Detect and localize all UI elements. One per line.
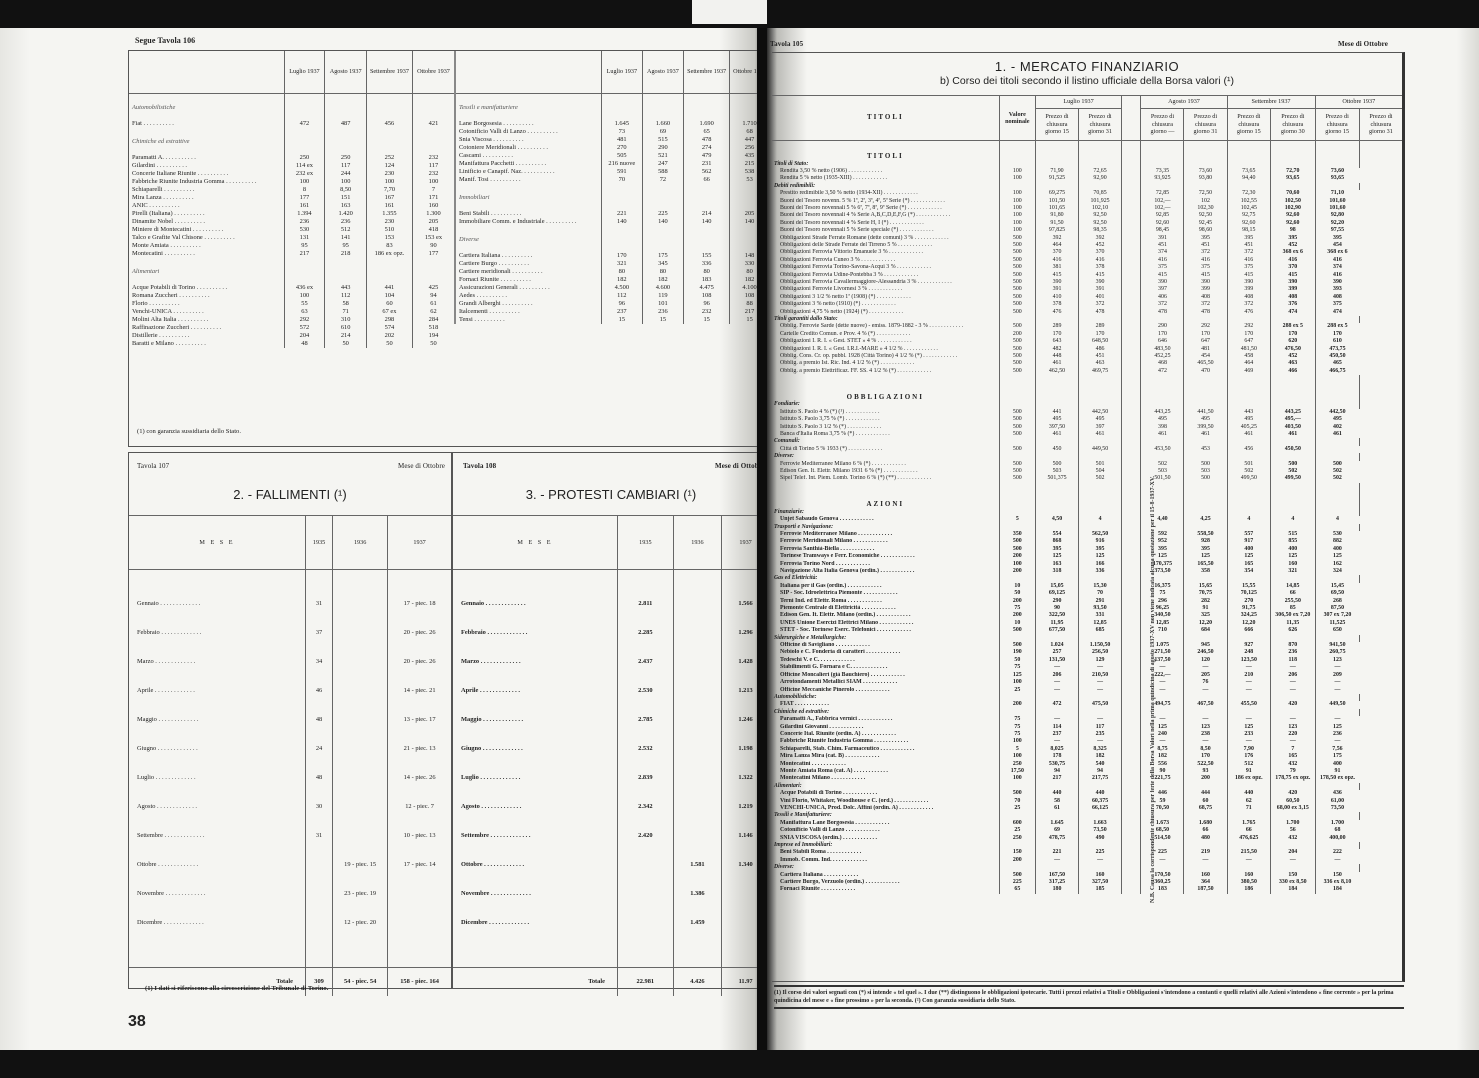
value-cell: 80 <box>601 268 642 276</box>
value-cell <box>333 677 388 706</box>
row-label: Manif. Tosi . . . . . . . . . . <box>455 176 601 184</box>
empty-cell <box>1271 375 1315 401</box>
table-row: Raffinazione Zuccheri . . . . . . . . . … <box>129 324 454 332</box>
totals-row: Totale22.9814.42611.97 <box>453 968 769 996</box>
value-cell: 244 <box>325 170 367 178</box>
value-cell: 4.475 <box>684 284 730 292</box>
price-cell: 375 <box>1184 264 1227 271</box>
nominal-value: 50 <box>999 590 1035 597</box>
price-cell: 288 ex 5 <box>1315 323 1359 330</box>
empty-cell <box>999 375 1035 401</box>
price-cell: 160 <box>1271 561 1315 568</box>
note-column <box>1122 731 1141 738</box>
price-cell: 450 <box>1036 446 1079 453</box>
price-cell: 530 <box>1315 531 1359 538</box>
table-row: Aprile . . . . . . . . . . . . .2.5301.2… <box>453 677 769 706</box>
empty-cell <box>1122 783 1141 790</box>
table-row: Maggio . . . . . . . . . . . . .2.7851.2… <box>453 706 769 735</box>
price-cell: 461 <box>1079 431 1122 438</box>
price-cell: 461 <box>1141 431 1184 438</box>
empty-cell <box>1036 316 1079 323</box>
empty-cell <box>1271 694 1315 701</box>
empty-cell <box>1141 524 1184 531</box>
price-cell: 170,50 <box>1141 872 1184 879</box>
value-cell: 34 <box>306 648 333 677</box>
price-cell: — <box>1184 738 1227 745</box>
row-label: Edison Gen. It. Elettr. Milano (ordin.) … <box>772 612 999 619</box>
table-row: Ferrovia Santhià-Biella . . . . . . . . … <box>772 546 1402 553</box>
empty-cell <box>684 226 730 252</box>
note-column <box>1122 672 1141 679</box>
price-cell: 73,60 <box>1315 168 1359 175</box>
value-cell: 167 <box>366 194 412 202</box>
price-cell: — <box>1271 716 1315 723</box>
group-label: Fondiarie: <box>772 401 999 408</box>
month-label: Giugno . . . . . . . . . . . . . <box>453 735 618 764</box>
month-label: Ottobre . . . . . . . . . . . . . <box>129 851 306 880</box>
price-cell: 92,85 <box>1141 212 1184 219</box>
price-cell: 15,05 <box>1036 583 1079 590</box>
note-column <box>1122 198 1141 205</box>
group-label: Gas ed Elettricità: <box>772 575 999 582</box>
value-cell: 119 <box>642 292 683 300</box>
row-label: Cartiere Burgo, Verzuolo (ordin.) . . . … <box>772 879 999 886</box>
value-cell: 104 <box>366 292 412 300</box>
price-cell: 455,50 <box>1227 701 1271 708</box>
price-cell: 186 ex opz. <box>1227 775 1271 782</box>
row-label: Cascami . . . . . . . . . . <box>455 152 601 160</box>
price-cell: 15,65 <box>1184 583 1227 590</box>
empty-cell <box>1271 483 1315 509</box>
empty-cell <box>1359 438 1402 445</box>
price-cell: 405,25 <box>1227 424 1271 431</box>
value-cell: 2.532 <box>618 735 674 764</box>
note-column <box>1122 590 1141 597</box>
price-cell: 478 <box>1141 309 1184 316</box>
price-cell: 257 <box>1036 649 1079 656</box>
table-row: Paramatti A. . . . . . . . . . .25025025… <box>129 154 454 162</box>
col-header-1936: 1936 <box>333 516 388 570</box>
price-cell: — <box>1141 687 1184 694</box>
price-cell: 562,50 <box>1079 531 1122 538</box>
value-cell <box>618 851 674 880</box>
empty-cell <box>1122 401 1141 408</box>
table-row: Obbligazioni Ferrovia Vittorio Emanuele … <box>772 249 1402 256</box>
group-label: Alimentari: <box>772 783 999 790</box>
price-cell: — <box>1141 679 1184 686</box>
group-row: Chimiche ed estrattive: <box>772 709 1402 716</box>
row-label: Fornaci Riunite . . . . . . . . . . <box>455 276 601 284</box>
empty-cell <box>673 570 721 590</box>
row-label: Italiana per il Gas (ordin.) . . . . . .… <box>772 583 999 590</box>
empty-cell <box>325 93 367 120</box>
price-cell: 486 <box>1079 346 1122 353</box>
price-cell: 503 <box>1141 468 1184 475</box>
month-label: Dicembre . . . . . . . . . . . . . <box>453 909 618 938</box>
empty-cell <box>1184 694 1227 701</box>
price-cell: 60 <box>1184 798 1227 805</box>
row-label: Fabbriche Riunite Industria Gomma . . . … <box>129 178 284 186</box>
price-cell: 450,50 <box>1271 446 1315 453</box>
price-cell: 93,80 <box>1184 175 1227 182</box>
empty-cell <box>1271 575 1315 582</box>
empty-cell <box>1079 401 1122 408</box>
price-cell: 442,50 <box>1315 409 1359 416</box>
table-row: Ferrovia Torino Nord . . . . . . . . . .… <box>772 561 1402 568</box>
empty-cell <box>1359 524 1402 531</box>
nominal-value: 500 <box>999 353 1035 360</box>
empty-cell <box>673 938 721 968</box>
price-cell: 466 <box>1271 368 1315 375</box>
note-column <box>1122 561 1141 568</box>
price-cell: 476,50 <box>1271 346 1315 353</box>
row-label: Sipel Telef. Int. Piem. Lomb. Torino 6 %… <box>772 475 999 482</box>
empty-cell <box>306 938 333 968</box>
price-cell: 186 <box>1227 886 1271 893</box>
price-cell: 7 <box>1271 746 1315 753</box>
price-cell: — <box>1271 687 1315 694</box>
table-row: Agosto . . . . . . . . . . . . .2.3421.2… <box>453 793 769 822</box>
table-105-subtitle: b) Corso dei titoli secondo il listino u… <box>772 75 1402 87</box>
row-label: Istituto S. Paolo 3 1/2 % (*) . . . . . … <box>772 424 999 431</box>
price-cell: 481,50 <box>1227 346 1271 353</box>
empty-cell <box>999 524 1035 531</box>
price-cell: 416 <box>1079 257 1122 264</box>
nominal-value: 25 <box>999 827 1035 834</box>
price-cell: 395 <box>1227 235 1271 242</box>
price-cell: 403,50 <box>1271 424 1315 431</box>
empty-cell <box>999 141 1035 161</box>
price-cell: 102 <box>1184 198 1227 205</box>
empty-cell <box>1184 183 1227 190</box>
price-cell: 200 <box>1184 775 1227 782</box>
empty-cell <box>1079 864 1122 871</box>
table-row: ANIC . . . . . . . . . .161163161160 <box>129 202 454 210</box>
price-cell: 16,375 <box>1141 583 1184 590</box>
price-cell: — <box>1184 857 1227 864</box>
nominal-value: 500 <box>999 468 1035 475</box>
empty-cell <box>999 401 1035 408</box>
row-label: Schiaparelli, Stab. Chim. Farmaceutico .… <box>772 746 999 753</box>
empty-cell <box>1359 509 1402 516</box>
row-label: Aedes . . . . . . . . . . <box>455 292 601 300</box>
row-label: Assicurazioni Generali . . . . . . . . .… <box>455 284 601 292</box>
price-cell: 306,50 ex 7,20 <box>1271 612 1315 619</box>
price-cell: 182 <box>1141 753 1184 760</box>
price-cell: 454 <box>1315 242 1359 249</box>
value-cell: 15 <box>601 316 642 324</box>
value-cell: 112 <box>325 292 367 300</box>
nominal-value: 500 <box>999 431 1035 438</box>
table-row: Manifattura Lane Borgosesia . . . . . . … <box>772 820 1402 827</box>
price-cell: 93,65 <box>1271 175 1315 182</box>
value-cell: 1.645 <box>601 120 642 128</box>
note-column <box>1122 168 1141 175</box>
empty-cell <box>642 93 683 120</box>
col-subheader: Prezzo di chiusura giorno 31 <box>1079 109 1122 141</box>
nominal-value: 200 <box>999 553 1035 560</box>
note-column <box>1122 701 1141 708</box>
empty-cell <box>1122 375 1141 401</box>
table-row: Beni Stabili . . . . . . . . . .22122521… <box>455 210 769 218</box>
section-label: Diverse <box>455 226 601 252</box>
col-header-1937: 1937 <box>388 516 451 570</box>
spacer-row <box>129 938 451 968</box>
empty-cell <box>1315 483 1359 509</box>
price-cell: 1.645 <box>1036 820 1079 827</box>
value-cell: 2.811 <box>618 590 674 619</box>
col-header: Agosto 1937 <box>325 51 367 93</box>
table-row: UNES Unione Esercizi Elettrici Milano . … <box>772 620 1402 627</box>
table-108-frame: Tavola 108 Mese di Ottobre 3. - PROTESTI… <box>452 452 769 989</box>
empty-cell <box>601 184 642 210</box>
value-cell: 478 <box>684 136 730 144</box>
price-cell: 941,50 <box>1315 642 1359 649</box>
value-cell: 83 <box>366 242 412 250</box>
row-label: Istituto S. Paolo 3,75 % (*) . . . . . .… <box>772 416 999 423</box>
value-cell: 4.600 <box>642 284 683 292</box>
table-row: Edison Gen. It. Elettr. Milano 1931 6 % … <box>772 468 1402 475</box>
price-cell: 167,50 <box>1036 872 1079 879</box>
note-column <box>1122 805 1141 812</box>
price-cell: 466,75 <box>1315 368 1359 375</box>
price-cell: 255,50 <box>1271 598 1315 605</box>
empty-cell <box>1079 842 1122 849</box>
table-row: Giugno . . . . . . . . . . . . .2421 - p… <box>129 735 451 764</box>
price-cell: 397 <box>1079 424 1122 431</box>
price-cell: 70,85 <box>1079 190 1122 197</box>
price-cell: — <box>1227 738 1271 745</box>
empty-cell <box>1122 483 1141 509</box>
price-cell: 451 <box>1227 242 1271 249</box>
value-cell: 230 <box>366 218 412 226</box>
value-cell: 50 <box>366 340 412 348</box>
empty-cell <box>325 128 367 154</box>
row-label: Buoni del Tesoro novenn. 5 % 1ª, 2ª, 3ª,… <box>772 198 999 205</box>
price-cell: 102,90 <box>1271 205 1315 212</box>
value-cell: 2.530 <box>618 677 674 706</box>
price-cell: 93 <box>1184 768 1227 775</box>
empty-cell <box>1271 783 1315 790</box>
empty-cell <box>999 161 1035 168</box>
col-header: Luglio 1937 <box>601 51 642 93</box>
table-row: Terni Ind. ed Elettr. Roma . . . . . . .… <box>772 598 1402 605</box>
price-cell: 318 <box>1036 568 1079 575</box>
value-cell: 7,70 <box>366 186 412 194</box>
price-cell: 395 <box>1315 235 1359 242</box>
price-cell: 125 <box>1315 553 1359 560</box>
value-cell: 2.342 <box>618 793 674 822</box>
price-cell: 187,50 <box>1184 886 1227 893</box>
group-row: Diverse: <box>772 864 1402 871</box>
col-header-month: Luglio 1937 <box>1036 96 1122 109</box>
empty-cell <box>1359 483 1402 509</box>
section-label: Alimentari <box>129 258 284 284</box>
note-column <box>1122 724 1141 731</box>
price-cell: 415 <box>1271 272 1315 279</box>
nominal-value: 500 <box>999 294 1035 301</box>
note-column <box>1122 331 1141 338</box>
price-cell: 292 <box>1227 323 1271 330</box>
value-cell: 46 <box>306 677 333 706</box>
table-107-frame: Tavola 107 Mese di Ottobre 2. - FALLIMEN… <box>128 452 452 989</box>
value-cell <box>306 880 333 909</box>
empty-cell <box>412 128 454 154</box>
price-cell: 456 <box>1227 446 1271 453</box>
table-row: Obbligazioni Ferrovia Cavallermaggiore-A… <box>772 279 1402 286</box>
price-cell: 170 <box>1184 331 1227 338</box>
price-cell: 372 <box>1141 301 1184 308</box>
table-row: Ferrovie Mediterranee Milano 6 % (*) . .… <box>772 461 1402 468</box>
row-label: Manifattura Pacchetti . . . . . . . . . … <box>455 160 601 168</box>
price-cell: 501 <box>1227 461 1271 468</box>
price-cell: 91,50 <box>1036 220 1079 227</box>
table-row: Obbligazioni 4,75 % netto (1924) (*) . .… <box>772 309 1402 316</box>
price-cell: 1.024 <box>1036 642 1079 649</box>
row-label: Acque Potabili di Torino . . . . . . . .… <box>772 790 999 797</box>
row-label: Obbligazioni Ferrovia Torino-Savona-Acqu… <box>772 264 999 271</box>
empty-cell <box>1036 635 1079 642</box>
value-cell <box>673 648 721 677</box>
empty-cell <box>618 938 674 968</box>
price-cell: 444 <box>1184 790 1227 797</box>
value-cell: 505 <box>601 152 642 160</box>
row-label: Buoni del Tesoro novennali 5 % 6ª, 7ª, 8… <box>772 205 999 212</box>
price-cell: 443,25 <box>1141 409 1184 416</box>
month-label: Giugno . . . . . . . . . . . . . <box>129 735 306 764</box>
price-cell: 150 <box>1271 872 1315 879</box>
value-cell: 50 <box>325 340 367 348</box>
price-cell: 432 <box>1271 761 1315 768</box>
value-cell: 114 ex <box>284 162 325 170</box>
nominal-value: 100 <box>999 198 1035 205</box>
value-cell: 1.660 <box>642 120 683 128</box>
scan-border-bottom <box>0 1050 1479 1078</box>
empty-cell <box>999 783 1035 790</box>
price-cell: 165 <box>1227 561 1271 568</box>
price-cell: 441,50 <box>1184 409 1227 416</box>
group-row: Comunali: <box>772 438 1402 445</box>
empty-cell <box>366 258 412 284</box>
month-label: Settembre . . . . . . . . . . . . . <box>129 822 306 851</box>
empty-cell <box>999 709 1035 716</box>
price-cell: 8,75 <box>1141 746 1184 753</box>
price-cell: 205 <box>1184 672 1227 679</box>
row-label: Nebiolo e C. Fonderia di caratteri . . .… <box>772 649 999 656</box>
price-cell: 15,55 <box>1227 583 1271 590</box>
table-row: Gennaio . . . . . . . . . . . . .2.8111.… <box>453 590 769 619</box>
price-cell: 395 <box>1141 546 1184 553</box>
note-column <box>1122 409 1141 416</box>
table-row: Dinamite Nobel . . . . . . . . . .236236… <box>129 218 454 226</box>
empty-cell <box>366 128 412 154</box>
empty-cell <box>1227 694 1271 701</box>
price-cell: 945 <box>1184 642 1227 649</box>
value-cell: 48 <box>284 340 325 348</box>
price-cell: 354 <box>1227 568 1271 575</box>
nominal-value: 100 <box>999 168 1035 175</box>
price-cell: 540 <box>1079 761 1122 768</box>
value-cell: 14 - piec. 21 <box>388 677 451 706</box>
table-row: Sipel Telef. Int. Piem. Lomb. Torino 6 %… <box>772 475 1402 482</box>
price-cell: 237 <box>1036 731 1079 738</box>
value-cell: 562 <box>684 168 730 176</box>
price-cell: 1.700 <box>1315 820 1359 827</box>
row-label: Montecatini Milano . . . . . . . . . . .… <box>772 775 999 782</box>
table-row: Monte Amiata . . . . . . . . . .95958390 <box>129 242 454 250</box>
price-cell: 327,50 <box>1079 879 1122 886</box>
value-cell: 456 <box>366 120 412 128</box>
note-column <box>1122 553 1141 560</box>
month-label: Ottobre . . . . . . . . . . . . . <box>453 851 618 880</box>
price-cell: 370 <box>1036 249 1079 256</box>
price-cell: 246,50 <box>1184 649 1227 656</box>
row-label: Obbligazioni I. R. I. « Gest. STET » 4 %… <box>772 338 999 345</box>
price-cell: 125 <box>1036 553 1079 560</box>
price-cell: 66,125 <box>1079 805 1122 812</box>
nominal-value: 500 <box>999 461 1035 468</box>
price-cell: 472 <box>1141 368 1184 375</box>
price-cell: 480 <box>1184 835 1227 842</box>
price-cell: 69 <box>1036 827 1079 834</box>
row-label: Cartiera Italiana . . . . . . . . . . <box>455 252 601 260</box>
note-column <box>1122 346 1141 353</box>
col-header-month: Agosto 1937 <box>1141 96 1227 109</box>
group-row: Titoli garantiti dallo Stato: <box>772 316 1402 323</box>
price-cell: 495 <box>1036 416 1079 423</box>
price-cell: 461 <box>1271 431 1315 438</box>
empty-cell <box>1359 453 1402 460</box>
value-cell: 96 <box>601 300 642 308</box>
nominal-value: 500 <box>999 346 1035 353</box>
price-cell: 289 <box>1036 323 1079 330</box>
row-label: Ferrovie Mediterranee Milano . . . . . .… <box>772 531 999 538</box>
row-label: STET - Soc. Torinese Eserc. Telefonici .… <box>772 627 999 634</box>
price-cell: 399 <box>1271 286 1315 293</box>
empty-cell <box>1122 864 1141 871</box>
price-cell: 440 <box>1079 790 1122 797</box>
nominal-value: 500 <box>999 279 1035 286</box>
price-cell: 390 <box>1227 279 1271 286</box>
value-cell: 1.394 <box>284 210 325 218</box>
value-cell: 481 <box>601 136 642 144</box>
row-label: Rendita 3,50 % netto (1906) . . . . . . … <box>772 168 999 175</box>
empty-cell <box>1315 694 1359 701</box>
empty-cell <box>1184 316 1227 323</box>
value-cell: 7 <box>412 186 454 194</box>
table-row: Gennaio . . . . . . . . . . . . .3117 - … <box>129 590 451 619</box>
note-column <box>1122 627 1141 634</box>
price-cell: 502 <box>1141 461 1184 468</box>
price-cell: — <box>1036 716 1079 723</box>
month-label: Maggio . . . . . . . . . . . . . <box>129 706 306 735</box>
price-cell: 184 <box>1315 886 1359 893</box>
row-label: VENCHI-UNICA, Prod. Dolc. Affini (ordin.… <box>772 805 999 812</box>
price-cell: 260,75 <box>1315 649 1359 656</box>
row-label: Cartiere meridionali . . . . . . . . . . <box>455 268 601 276</box>
row-label: Snia Viscosa . . . . . . . . . . <box>455 136 601 144</box>
col-header-mese: M E S E <box>129 516 306 570</box>
price-cell: — <box>1079 738 1122 745</box>
price-cell: — <box>1227 664 1271 671</box>
note-column <box>1122 568 1141 575</box>
row-label: Baratti e Milano . . . . . . . . . . <box>129 340 284 348</box>
price-cell: — <box>1184 687 1227 694</box>
row-label: Obbligazioni 4,75 % netto (1924) (*) . .… <box>772 309 999 316</box>
note-column <box>1122 338 1141 345</box>
price-cell: 290 <box>1036 598 1079 605</box>
value-cell: 117 <box>325 162 367 170</box>
